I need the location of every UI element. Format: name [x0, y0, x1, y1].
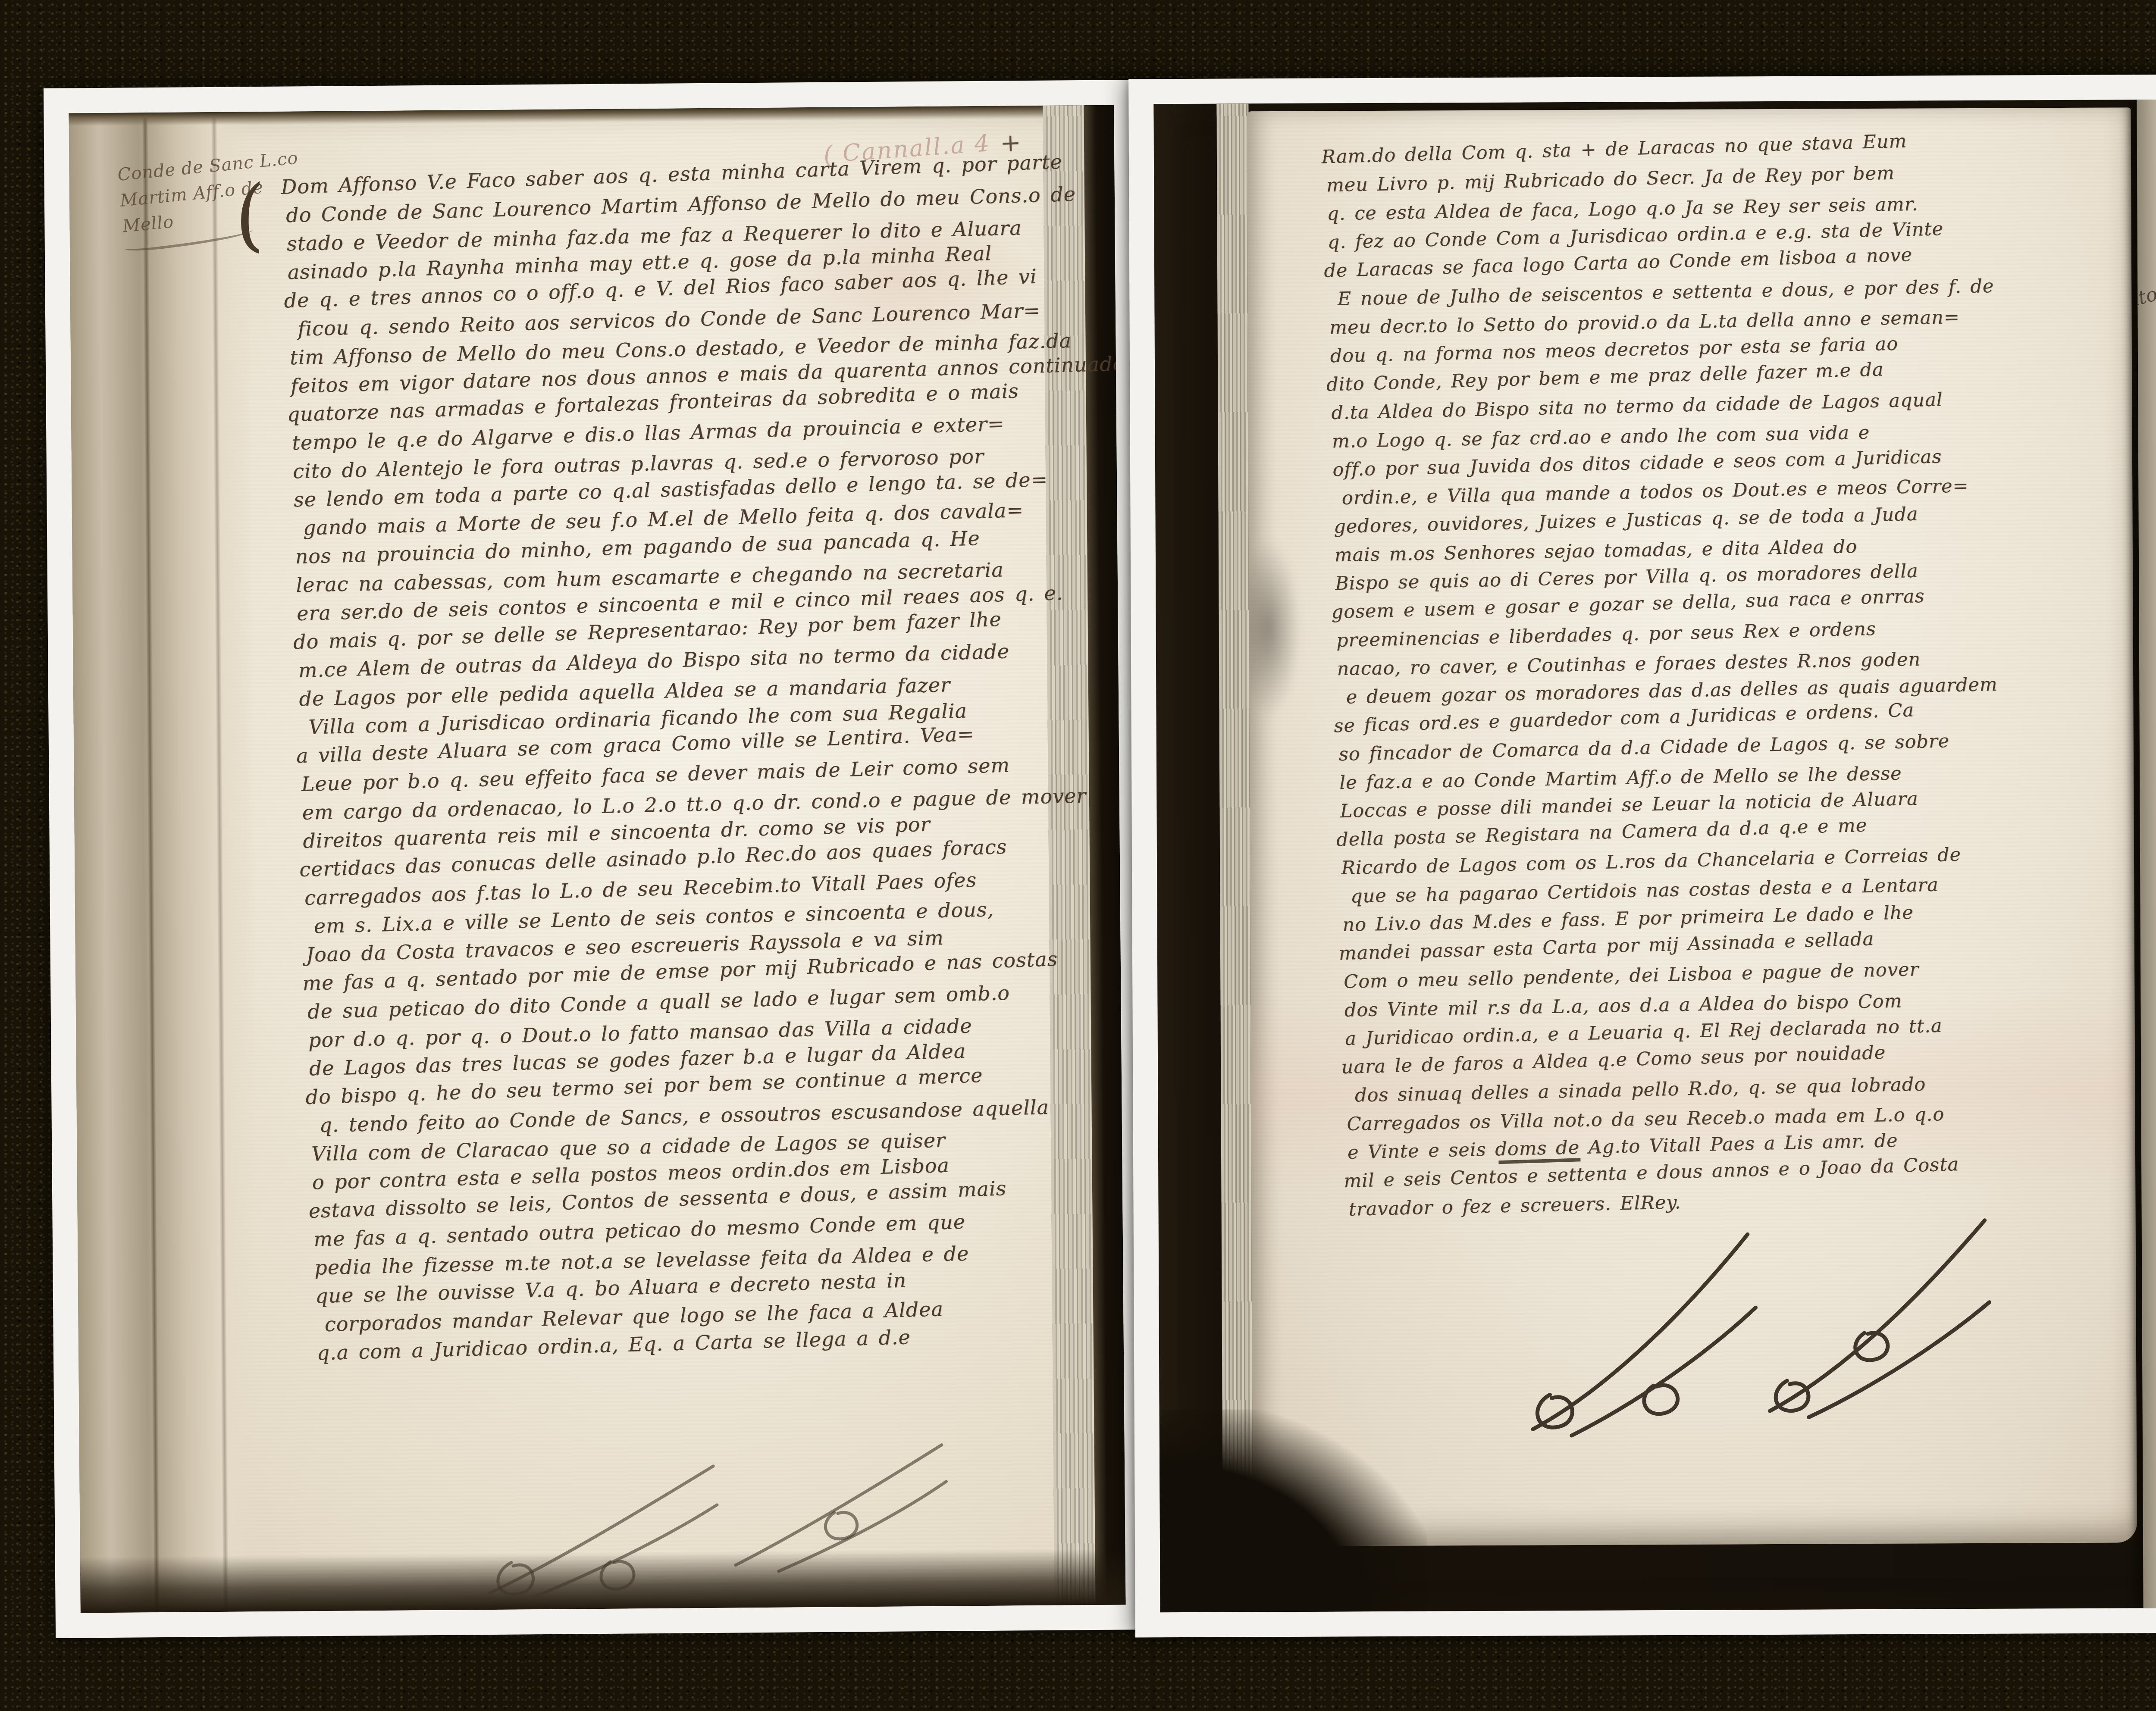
- page-corner-shadow: [1159, 1409, 1428, 1613]
- manuscript-page-right: Ram.do della Com q. sta + de Laracas no …: [1247, 107, 2137, 1546]
- edge-fragment-text: ntonio d: [2137, 271, 2156, 312]
- manuscript-page-left: Conde de Sanc L.co Martim Aff.o de Mello…: [69, 105, 1125, 1613]
- signature-flourish: [1519, 1213, 1761, 1438]
- manuscript-scan-right: Ram.do della Com q. sta + de Laracas no …: [1153, 100, 2156, 1612]
- signature-flourish: [726, 1434, 951, 1574]
- adjacent-page-sliver: ntonio d: [2137, 100, 2156, 1608]
- signature-flourish: [1761, 1203, 1994, 1420]
- signature-flourish: [480, 1453, 723, 1602]
- archive-photo-board: { "scene": { "background_color": "#19130…: [0, 0, 2156, 1711]
- manuscript-lines: Dom Affonso V.e Faco saber aos q. esta m…: [285, 150, 1125, 1367]
- manuscript-lines: Ram.do della Com q. sta + de Laracas no …: [1326, 127, 2082, 1223]
- photo-left: Conde de Sanc L.co Martim Aff.o de Mello…: [44, 80, 1151, 1638]
- binding-gutter: [69, 112, 261, 1613]
- manuscript-text-block: Ram.do della Com q. sta + de Laracas no …: [1326, 127, 2082, 1223]
- margin-note: Conde de Sanc L.co Martim Aff.o de Mello: [116, 145, 305, 251]
- manuscript-text-block: ( + ( Cannall.a 4 Dom Affonso V.e Faco s…: [285, 150, 1125, 1367]
- photo-right: Ram.do della Com q. sta + de Laracas no …: [1128, 75, 2156, 1638]
